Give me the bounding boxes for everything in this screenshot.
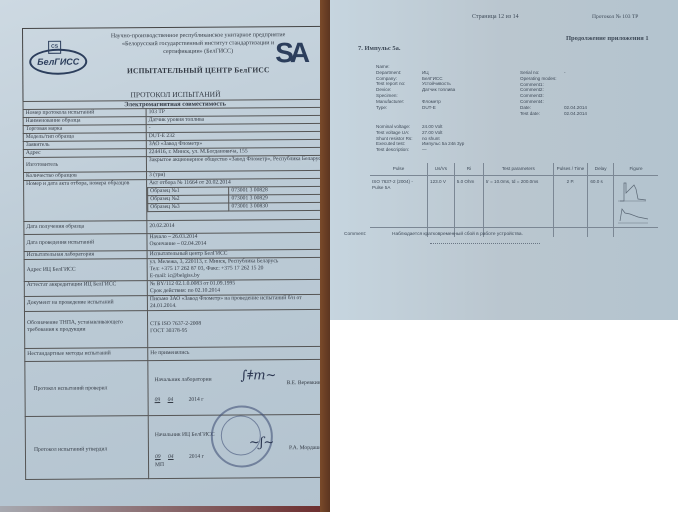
- table-edge: [0, 506, 327, 512]
- pulse-test-table: Pulse Us/Vs Ri Test parameters Pulses / …: [370, 163, 658, 237]
- signature-approved: ~ʃ∼: [249, 439, 274, 446]
- appendix-title: Продолжение приложения 1: [566, 35, 649, 42]
- info-left-block: Name: Department:ИЦ Company:БелГИСС Test…: [376, 64, 455, 110]
- waveform-icon: [616, 179, 656, 231]
- footer-small-print: [430, 243, 540, 246]
- comment-value: Наблюдается кратковременный сбой в работ…: [392, 232, 523, 237]
- approved-signature-block: Начальник ИЦ БелГИСС 09 04 2014 г МП ~ʃ∼…: [148, 414, 327, 478]
- page-number: Страница 12 из 14: [472, 14, 519, 20]
- cs-badge-icon: CS: [48, 41, 61, 54]
- comment-label: Comment:: [344, 232, 366, 237]
- test-center-title: ИСПЫТАТЕЛЬНЫЙ ЦЕНТР БелГИСС: [103, 65, 293, 75]
- left-document-photo: CS БелГИСС Научно-производственное респу…: [0, 0, 327, 512]
- protocol-table: Электромагнитная совместимость Номер про…: [23, 99, 327, 480]
- test-protocol-page: CS БелГИСС Научно-производственное респу…: [22, 26, 327, 480]
- table-row: Обозначение ТНПА, устанавливающего требо…: [24, 309, 327, 348]
- signature-verified: ∫ǂm~: [240, 372, 276, 379]
- table-row: Дата проведения испытанийНачало – 26.03.…: [24, 232, 327, 251]
- belgiss-logo: CS БелГИСС: [29, 49, 87, 75]
- organization-name: Научно-производственное республиканское …: [103, 31, 293, 56]
- approved-row: Протокол испытаний утвердил Начальник ИЦ…: [25, 414, 327, 479]
- sa-accreditation-logo: SA: [275, 35, 311, 71]
- wooden-table-edge: [320, 0, 330, 512]
- protocol-header: CS БелГИСС Научно-производственное респу…: [22, 26, 327, 91]
- table-row: Адрес ИЦ БелГИССул. Мележа, 3, 220113, г…: [24, 257, 327, 281]
- test-info-block: Nominal voltage:24.00 Volt Test voltage …: [376, 124, 464, 153]
- protocol-number: Протокол № 103 ТР: [592, 14, 638, 20]
- samples-table: Образец №1073001 3 00828 Образец №207300…: [147, 186, 327, 212]
- right-document-photo: Страница 12 из 14 Протокол № 103 ТР Прод…: [330, 0, 678, 320]
- table-bottom-rule: [370, 227, 658, 228]
- table-row: Номер и дата акта отбора, номера образцо…: [24, 178, 327, 221]
- info-right-block: Serial no:- Operating modes: Comment1: C…: [520, 70, 587, 116]
- section-heading: 7. Импульс 5а.: [358, 45, 401, 52]
- verified-row: Протокол испытаний проверил Начальник ла…: [25, 359, 327, 416]
